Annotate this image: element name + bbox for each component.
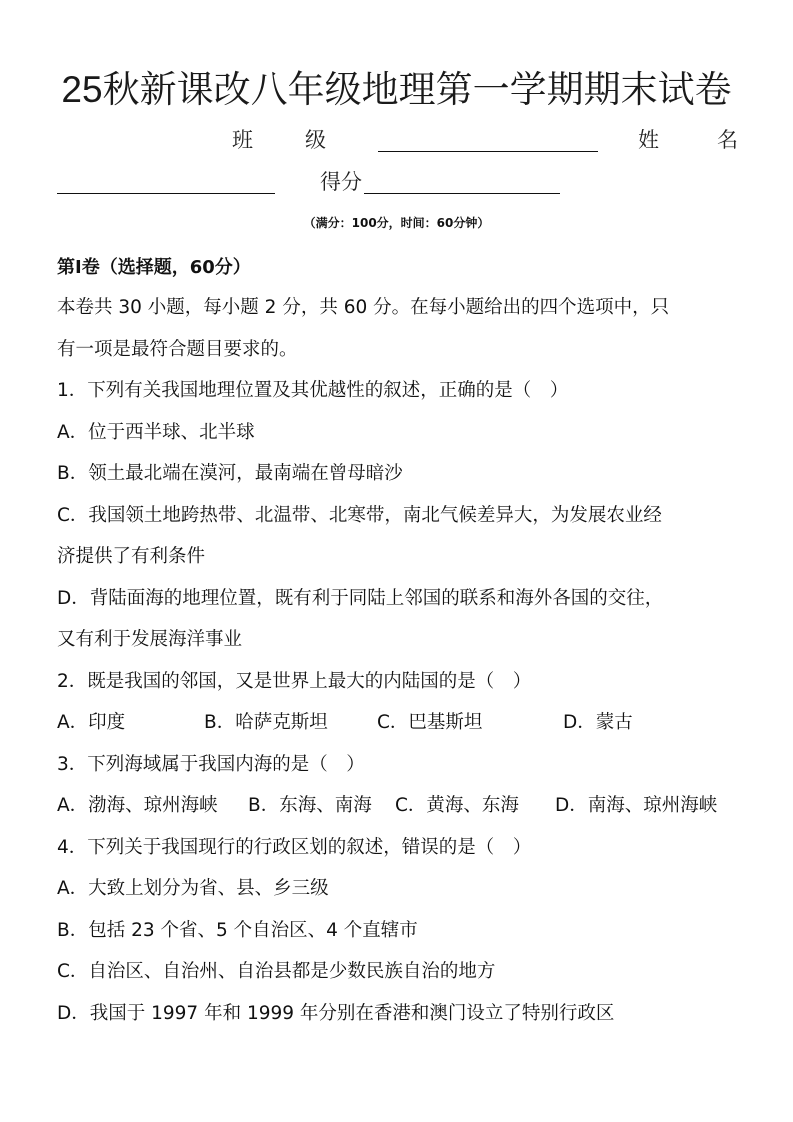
question-1-stem: 1．下列有关我国地理位置及其优越性的叙述，正确的是（ ） (57, 378, 568, 404)
class-label-char-1: 班 (232, 126, 253, 154)
section-heading: 第I卷（选择题，60分） (57, 255, 251, 281)
name-input-line[interactable] (57, 193, 275, 194)
instructions-line-1: 本卷共 30 小题，每小题 2 分，共 60 分。在每小题给出的四个选项中，只 (57, 295, 669, 321)
question-3-stem: 3．下列海域属于我国内海的是（ ） (57, 752, 365, 778)
name-label-char-1: 姓 (638, 126, 659, 154)
question-1-option-d: D．背陆面海的地理位置，既有利于同陆上邻国的联系和海外各国的交往， (57, 586, 663, 612)
question-2-option-b: B．哈萨克斯坦 (204, 710, 328, 736)
question-2-option-a: A．印度 (57, 710, 125, 736)
question-4-option-b: B．包括 23 个省、5 个自治区、4 个直辖市 (57, 918, 418, 944)
question-1-option-d-cont: 又有利于发展海洋事业 (57, 627, 242, 653)
exam-subtitle: （满分：100分，时间：60分钟） (0, 214, 793, 232)
question-3-option-d: D．南海、琼州海峡 (555, 793, 717, 819)
name-label-char-2: 名 (717, 126, 738, 154)
score-label: 得分 (320, 168, 362, 196)
class-label-char-2: 级 (305, 126, 326, 154)
exam-title: 25秋新课改八年级地理第一学期期末试卷 (0, 66, 793, 114)
question-1-option-b: B．领土最北端在漠河，最南端在曾母暗沙 (57, 461, 403, 487)
question-3-option-a: A．渤海、琼州海峡 (57, 793, 218, 819)
question-3-option-c: C．黄海、东海 (395, 793, 519, 819)
question-4-option-a: A．大致上划分为省、县、乡三级 (57, 876, 329, 902)
class-input-line[interactable] (378, 151, 598, 152)
score-input-line[interactable] (364, 193, 560, 194)
question-1-option-a: A．位于西半球、北半球 (57, 420, 255, 446)
question-4-stem: 4．下列关于我国现行的行政区划的叙述，错误的是（ ） (57, 835, 531, 861)
question-4-option-d: D．我国于 1997 年和 1999 年分别在香港和澳门设立了特别行政区 (57, 1001, 614, 1027)
question-1-option-c: C．我国领土地跨热带、北温带、北寒带，南北气候差异大，为发展农业经 (57, 503, 662, 529)
question-4-option-c: C．自治区、自治州、自治县都是少数民族自治的地方 (57, 959, 495, 985)
question-2-stem: 2．既是我国的邻国，又是世界上最大的内陆国的是（ ） (57, 669, 531, 695)
question-1-option-c-cont: 济提供了有利条件 (57, 544, 205, 570)
question-2-option-c: C．巴基斯坦 (377, 710, 482, 736)
instructions-line-2: 有一项是最符合题目要求的。 (57, 337, 298, 363)
question-3-option-b: B．东海、南海 (248, 793, 372, 819)
question-2-option-d: D．蒙古 (563, 710, 633, 736)
